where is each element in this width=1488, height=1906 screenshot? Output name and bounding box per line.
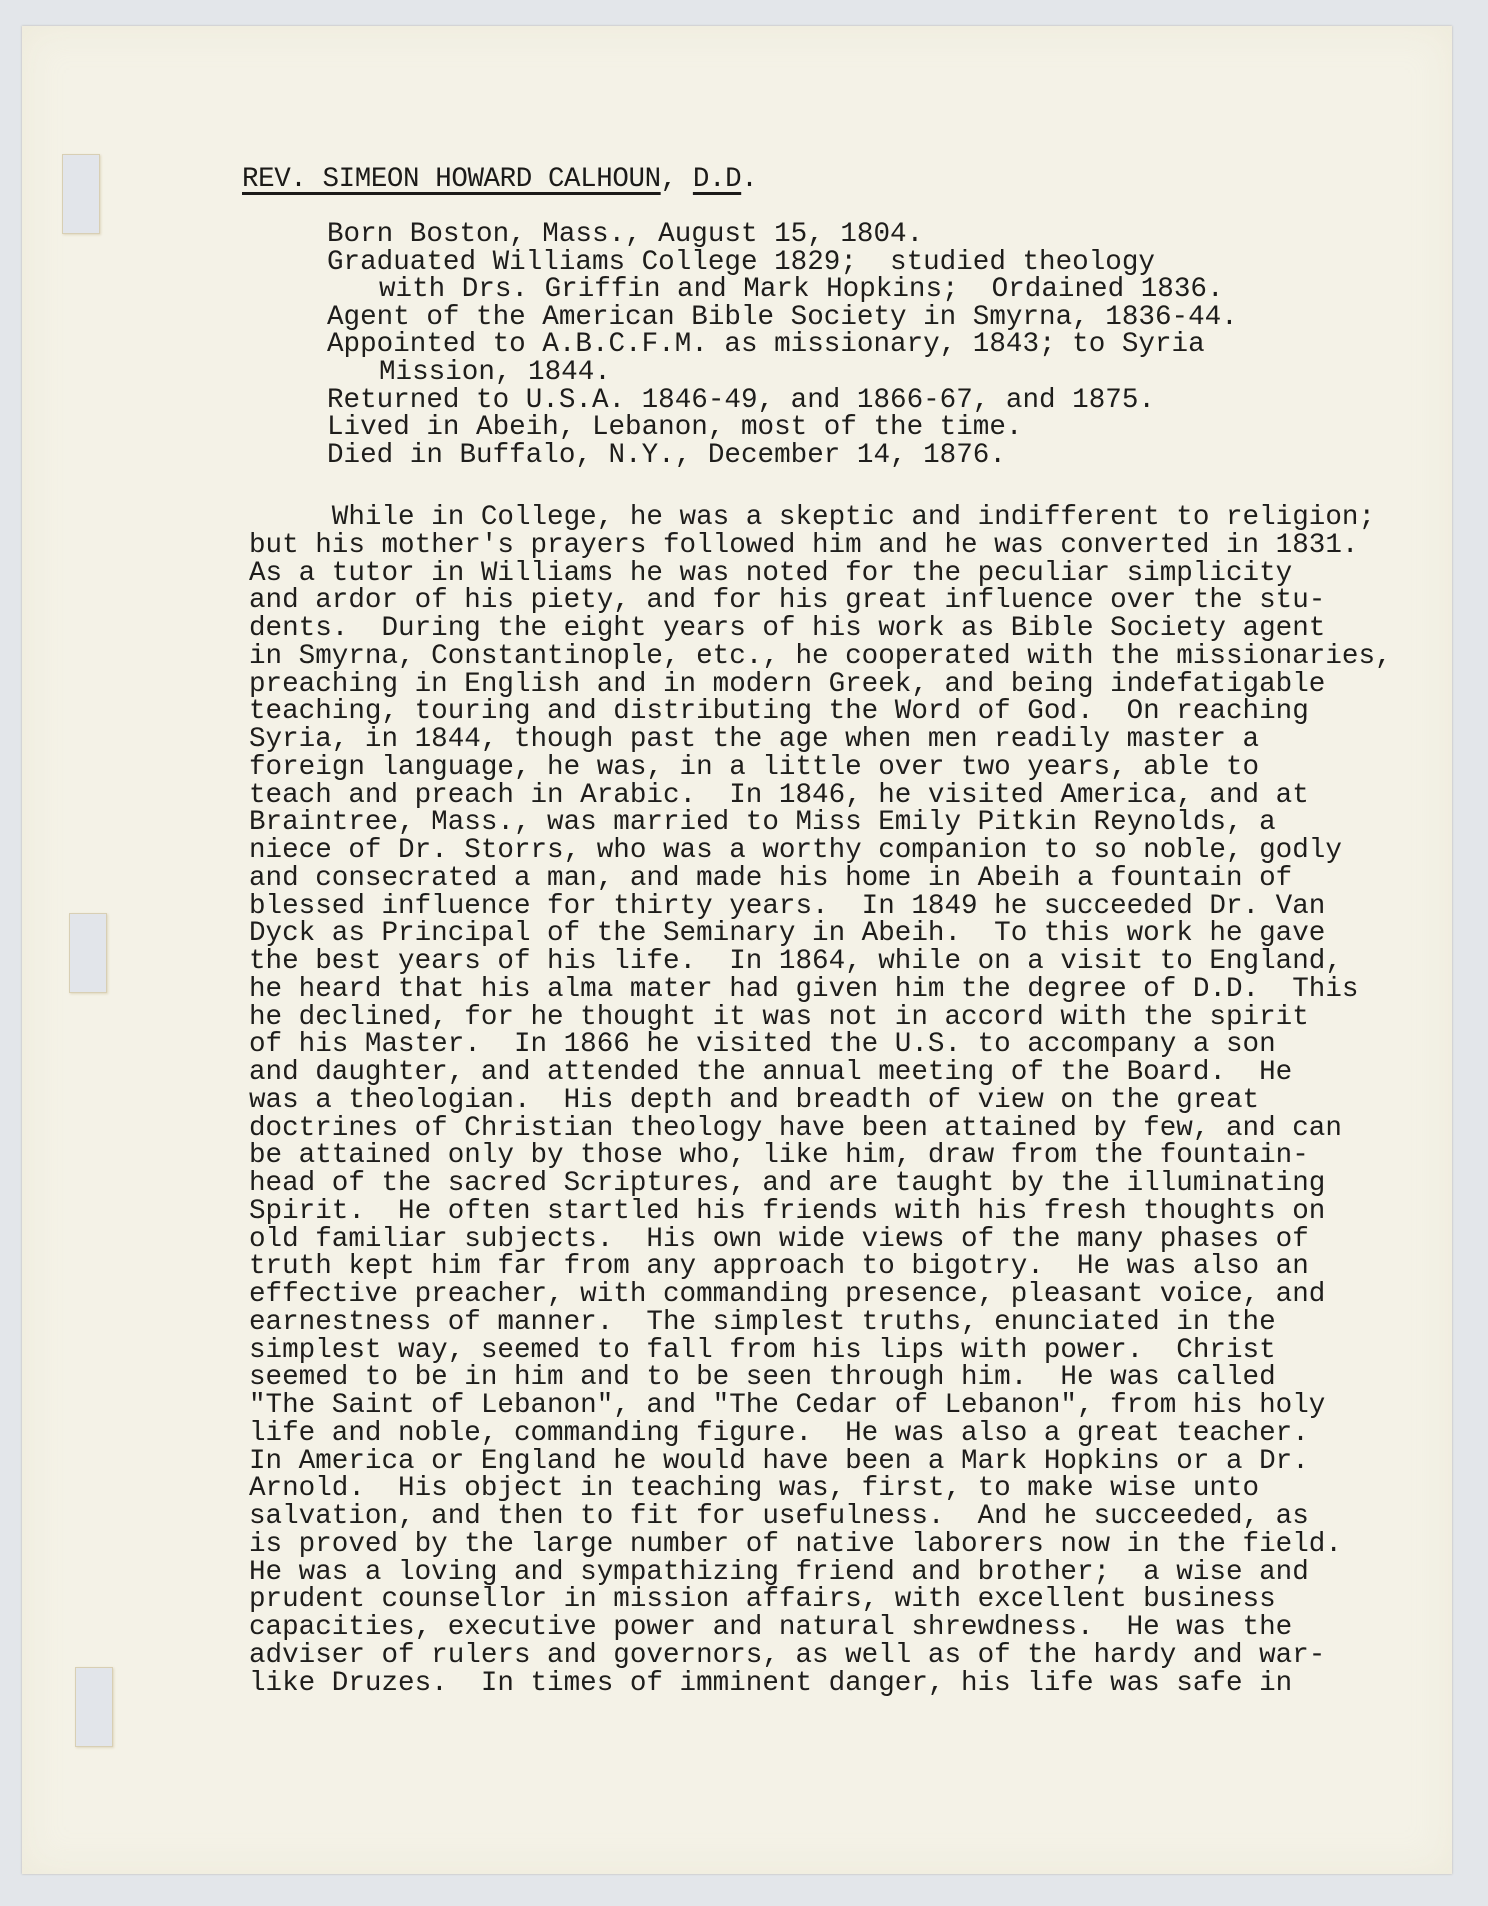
body-line: and consecrated a man, and made his home… [249, 865, 1292, 893]
body-line: but his mother's prayers followed him an… [249, 532, 1358, 560]
body-line: he declined, for he thought it was not i… [249, 1004, 1309, 1032]
summary-line: Mission, 1844. [379, 359, 611, 387]
body-line: foreign language, he was, in a little ov… [249, 754, 1259, 782]
body-line: and ardor of his piety, and for his grea… [249, 587, 1325, 615]
body-line: Arnold. His object in teaching was, firs… [249, 1475, 1259, 1503]
body-line: In America or England he would have been… [249, 1448, 1309, 1476]
summary-line: Born Boston, Mass., August 15, 1804. [327, 221, 923, 249]
body-line: was a theologian. His depth and breadth … [249, 1087, 1259, 1115]
body-line: effective preacher, with commanding pres… [249, 1281, 1325, 1309]
summary-line: Appointed to A.B.C.F.M. as missionary, 1… [327, 331, 1205, 359]
body-line: dents. During the eight years of his wor… [249, 615, 1325, 643]
body-line: salvation, and then to fit for usefulnes… [249, 1503, 1309, 1531]
body-line: As a tutor in Williams he was noted for … [249, 560, 1292, 588]
body-line: He was a loving and sympathizing friend … [249, 1559, 1309, 1587]
binder-hole-bottom [75, 1667, 113, 1747]
body-line: seemed to be in him and to be seen throu… [249, 1364, 1276, 1392]
body-line: "The Saint of Lebanon", and "The Cedar o… [249, 1392, 1325, 1420]
body-line: Dyck as Principal of the Seminary in Abe… [249, 920, 1325, 948]
body-line: teaching, touring and distributing the W… [249, 698, 1309, 726]
body-line: Spirit. He often startled his friends wi… [249, 1198, 1325, 1226]
body-line: simplest way, seemed to fall from his li… [249, 1337, 1276, 1365]
summary-line: Returned to U.S.A. 1846-49, and 1866-67,… [327, 387, 1155, 415]
body-line: doctrines of Christian theology have bee… [249, 1115, 1342, 1143]
body-line: blessed influence for thirty years. In 1… [249, 893, 1325, 921]
binder-hole-middle [69, 913, 107, 993]
body-line: head of the sacred Scriptures, and are t… [249, 1170, 1325, 1198]
body-line: While in College, he was a skeptic and i… [249, 504, 1375, 532]
body-line: is proved by the large number of native … [249, 1531, 1342, 1559]
title-degree: D.D [693, 164, 741, 195]
summary-line: Died in Buffalo, N.Y., December 14, 1876… [327, 442, 1006, 470]
title-name: REV. SIMEON HOWARD CALHOUN [242, 164, 661, 195]
summary-line: Agent of the American Bible Society in S… [327, 304, 1238, 332]
body-line: earnestness of manner. The simplest trut… [249, 1309, 1276, 1337]
title-period: . [741, 164, 757, 195]
body-line: niece of Dr. Storrs, who was a worthy co… [249, 837, 1342, 865]
body-line: he heard that his alma mater had given h… [249, 976, 1358, 1004]
title-separator: , [661, 164, 693, 195]
body-line: of his Master. In 1866 he visited the U.… [249, 1031, 1276, 1059]
body-line: adviser of rulers and governors, as well… [249, 1642, 1325, 1670]
body-line: capacities, executive power and natural … [249, 1614, 1292, 1642]
summary-line: with Drs. Griffin and Mark Hopkins; Orda… [379, 276, 1224, 304]
body-line: the best years of his life. In 1864, whi… [249, 948, 1342, 976]
body-line: teach and preach in Arabic. In 1846, he … [249, 782, 1309, 810]
body-line: in Smyrna, Constantinople, etc., he coop… [249, 643, 1392, 671]
body-line: old familiar subjects. His own wide view… [249, 1226, 1309, 1254]
typed-document-page: REV. SIMEON HOWARD CALHOUN, D.D. Born Bo… [22, 26, 1452, 1874]
body-line: like Druzes. In times of imminent danger… [249, 1670, 1292, 1698]
body-line: life and noble, commanding figure. He wa… [249, 1420, 1309, 1448]
body-line: preaching in English and in modern Greek… [249, 671, 1325, 699]
summary-line: Graduated Williams College 1829; studied… [327, 249, 1155, 277]
body-line: and daughter, and attended the annual me… [249, 1059, 1292, 1087]
summary-line: Lived in Abeih, Lebanon, most of the tim… [327, 414, 1022, 442]
body-line: truth kept him far from any approach to … [249, 1253, 1309, 1281]
binder-hole-top [62, 154, 100, 234]
body-line: be attained only by those who, like him,… [249, 1142, 1309, 1170]
body-line: prudent counsellor in mission affairs, w… [249, 1586, 1276, 1614]
body-line: Syria, in 1844, though past the age when… [249, 726, 1259, 754]
body-line: Braintree, Mass., was married to Miss Em… [249, 809, 1276, 837]
document-title: REV. SIMEON HOWARD CALHOUN, D.D. [242, 164, 757, 195]
